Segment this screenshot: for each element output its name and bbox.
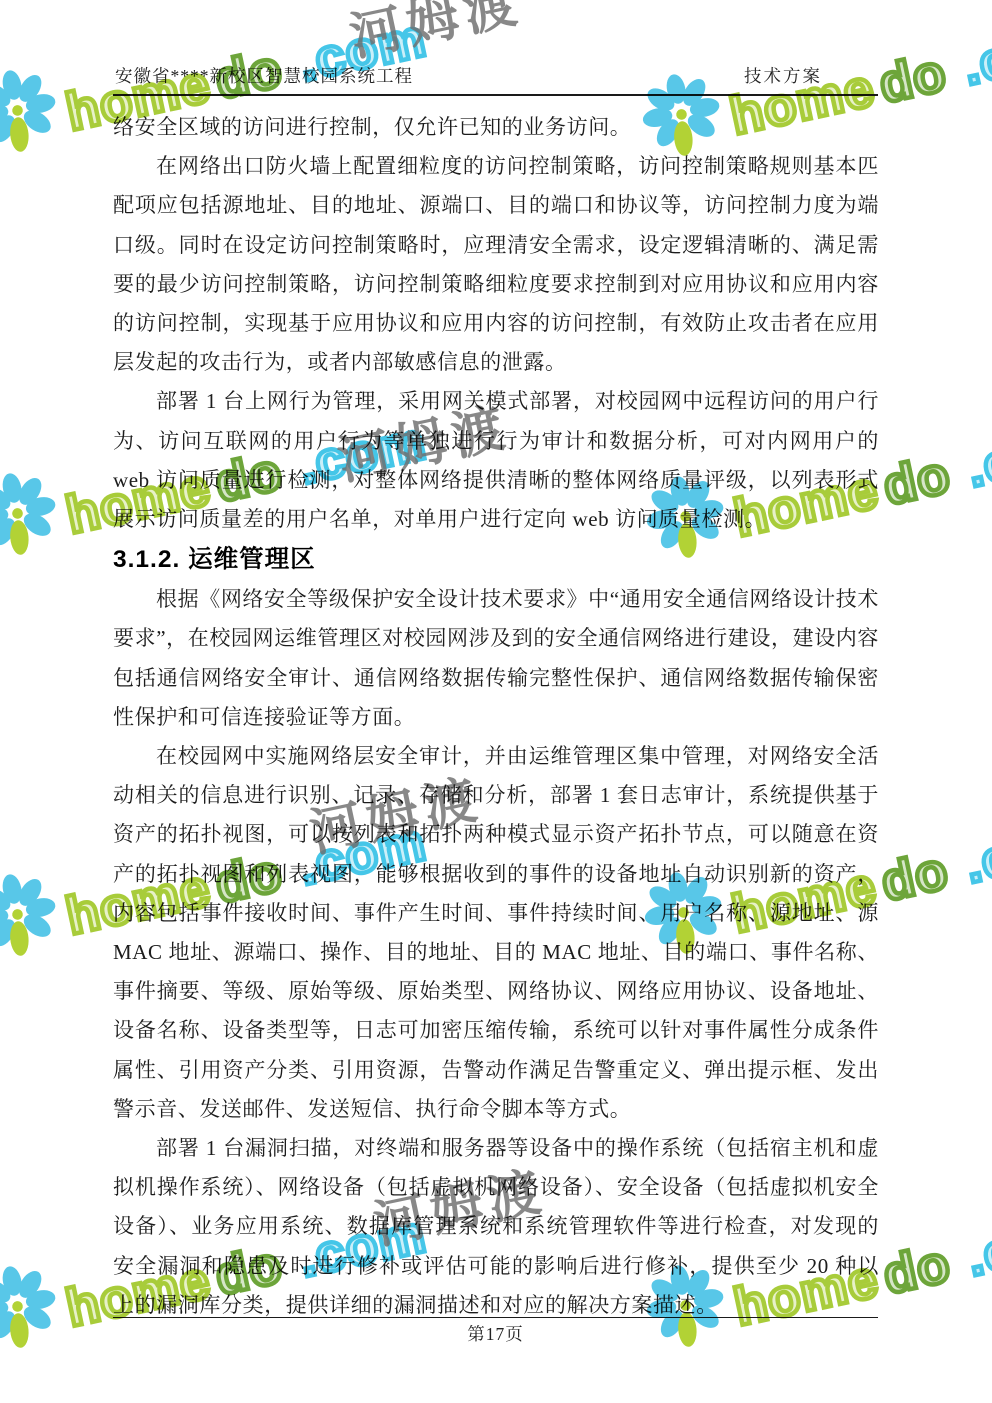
document-body: 络安全区域的访问进行控制，仅允许已知的业务访问。 在网络出口防火墙上配置细粒度的… [113, 108, 879, 1325]
homedo-flower-icon [0, 61, 68, 175]
body-paragraph: 根据《网络安全等级保护安全设计技术要求》中“通用安全通信网络设计技术要求”，在校… [113, 580, 879, 737]
footer-page-number: 第17页 [113, 1321, 878, 1346]
watermark-tld: .com [962, 413, 992, 499]
header-project-title: 安徽省****新校区智慧校园系统工程 [115, 63, 413, 88]
hemudu-stamp: 河姆渡 [342, 0, 528, 70]
watermark-brand-do: do [878, 1233, 956, 1307]
footer-rule [113, 1317, 878, 1318]
watermark-tld: .com [960, 809, 992, 895]
homedo-flower-icon [0, 865, 68, 979]
watermark-brand-do: do [878, 444, 956, 518]
watermark-tld: .com [958, 11, 992, 97]
page-header: 安徽省****新校区智慧校园系统工程 技术方案 [113, 63, 878, 97]
watermark-tld: .com [962, 1202, 992, 1288]
body-paragraph: 在校园网中实施网络层安全审计，并由运维管理区集中管理，对网络安全活动相关的信息进… [113, 737, 879, 1129]
homedo-flower-icon [0, 464, 68, 578]
watermark-brand-do: do [876, 840, 954, 914]
document-page: homedo.com homedo.com homedo.com [0, 0, 992, 1403]
body-paragraph: 部署 1 台漏洞扫描，对终端和服务器等设备中的操作系统（包括宿主机和虚拟机操作系… [113, 1129, 879, 1325]
body-paragraph: 部署 1 台上网行为管理，采用网关模式部署，对校园网中远程访问的用户行为、访问互… [113, 382, 879, 539]
header-rule [113, 94, 878, 96]
header-doc-label: 技术方案 [744, 63, 822, 88]
body-paragraph: 在网络出口防火墙上配置细粒度的访问控制策略，访问控制策略规则基本匹配项应包括源地… [113, 147, 879, 382]
section-heading: 3.1.2. 运维管理区 [113, 539, 879, 580]
watermark-brand-do: do [874, 42, 952, 116]
body-paragraph: 络安全区域的访问进行控制，仅允许已知的业务访问。 [113, 108, 879, 147]
homedo-flower-icon [0, 1257, 68, 1371]
page-footer: 第17页 [113, 1317, 878, 1346]
